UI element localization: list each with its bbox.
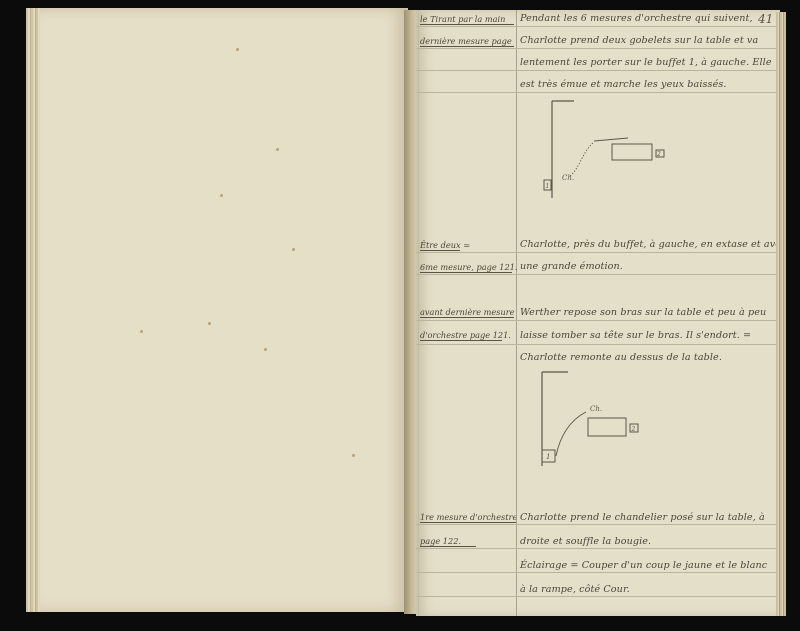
- ruled-line: [416, 524, 780, 525]
- stage-direction-line: à la rampe, côté Cour.: [520, 584, 630, 595]
- paper-spot: [276, 148, 279, 151]
- paper-spot: [220, 194, 223, 197]
- stage-diagram-2: 1 Ch. 2: [534, 368, 664, 478]
- ruled-line: [416, 596, 780, 597]
- ruled-line: [416, 252, 780, 253]
- stage-direction-line: droite et souffle la bougie.: [520, 536, 651, 547]
- cue-line: d'orchestre page 121.: [420, 330, 502, 341]
- svg-text:1: 1: [546, 453, 550, 461]
- ruled-line: [416, 48, 780, 49]
- column-divider: [516, 10, 517, 616]
- ruled-line: [416, 70, 780, 71]
- stage-direction-line: Charlotte remonte au dessus de la table.: [520, 352, 722, 363]
- paper-spot: [292, 248, 295, 251]
- ruled-line: [416, 92, 780, 93]
- margin-line: [418, 10, 419, 616]
- paper-spot: [140, 330, 143, 333]
- ruled-line: [416, 320, 780, 321]
- svg-text:2: 2: [656, 151, 661, 158]
- stage-direction-line: une grande émotion.: [520, 261, 623, 272]
- paper-spot: [208, 322, 211, 325]
- ruled-line: [416, 26, 780, 27]
- stage-direction-line: laisse tomber sa tête sur le bras. Il s'…: [520, 330, 751, 341]
- diagram-label-ch: Ch.: [590, 405, 602, 413]
- paper-spot: [236, 48, 239, 51]
- stage-direction-line: Charlotte prend deux gobelets sur la tab…: [520, 35, 758, 46]
- svg-text:2: 2: [631, 426, 636, 433]
- stage-direction-line: Werther repose son bras sur la table et …: [520, 307, 766, 318]
- cue-line: page 122.: [420, 536, 476, 547]
- stage-direction-line: Éclairage = Couper d'un coup le jaune et…: [520, 560, 767, 571]
- page-number: 41: [758, 12, 773, 26]
- stage-diagram-1: 1 Ch. 2: [536, 98, 696, 208]
- stage-direction-line: est très émue et marche les yeux baissés…: [520, 79, 727, 90]
- cue-line: le Tirant par la main: [420, 14, 514, 25]
- stage-direction-line: Charlotte, près du buffet, à gauche, en …: [520, 239, 787, 250]
- left-page-blank: [40, 8, 408, 612]
- right-page: 41 le Tirant par la main dernière mesure…: [416, 10, 780, 616]
- stage-direction-line: lentement les porter sur le buffet 1, à …: [520, 57, 772, 68]
- cue-line: Être deux =: [420, 240, 460, 251]
- cue-line: 6me mesure, page 121.: [420, 262, 512, 273]
- stage-direction-line: Pendant les 6 mesures d'orchestre qui su…: [520, 13, 753, 24]
- diagram-label-ch: Ch.: [562, 174, 574, 182]
- cue-line: 1re mesure d'orchestre: [420, 512, 516, 523]
- paper-spot: [352, 454, 355, 457]
- ruled-line: [416, 548, 780, 549]
- ruled-line: [416, 274, 780, 275]
- right-page-edges: [776, 12, 786, 616]
- svg-text:1: 1: [546, 183, 550, 190]
- stage-direction-line: Charlotte prend le chandelier posé sur l…: [520, 512, 765, 523]
- ruled-line: [416, 572, 780, 573]
- cue-line: avant dernière mesure: [420, 307, 514, 318]
- ruled-line: [416, 344, 780, 345]
- paper-spot: [264, 348, 267, 351]
- cue-line: dernière mesure page 120.: [420, 36, 514, 47]
